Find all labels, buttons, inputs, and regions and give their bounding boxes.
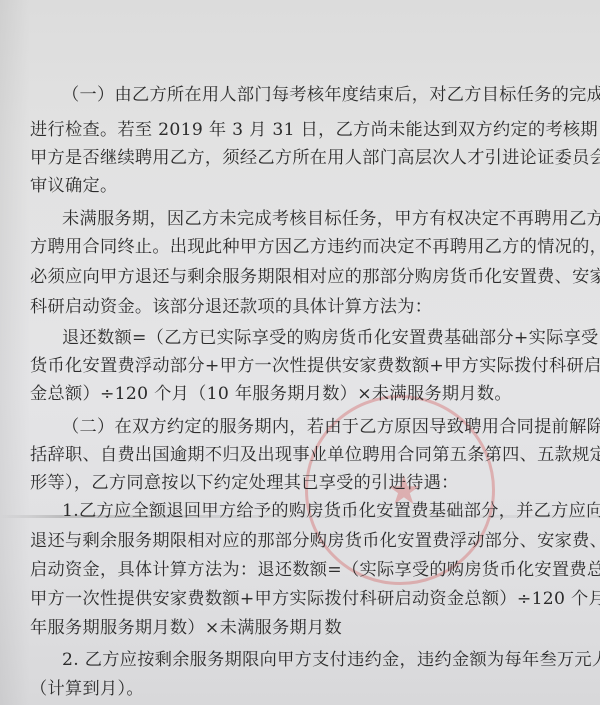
paragraph-2-line-1: 未满服务期，因乙方未完成考核目标任务，甲方有权决定不再聘用乙方，双 xyxy=(62,208,600,230)
document-page: ★ （一）由乙方所在用人部门每考核年度结束后，对乙方目标任务的完成情况 进行检查… xyxy=(0,0,600,705)
paragraph-1-line-2: 进行检查。若至 2019 年 3 月 31 日，乙方尚未能达到双方约定的考核期目… xyxy=(30,119,600,141)
item-1-line-2: 退还与剩余服务期限相对应的那部分购房货币化安置费浮动部分、安家费、科研 xyxy=(30,530,600,552)
section-2-line-2: 括辞职、自费出国逾期不归及出现事业单位聘用合同第五条第四、五款规定的情 xyxy=(30,444,600,466)
section-2-line-3: 形等），乙方同意按以下约定处理其已享受的引进待遇： xyxy=(30,472,459,494)
item-2-line-2: （计算到月）。 xyxy=(30,678,144,700)
formula-line-3: 金总额）÷120 个月（10 年服务期月数）×未满服务期月数。 xyxy=(30,383,512,405)
paragraph-1-line-4: 审议确定。 xyxy=(30,175,117,197)
item-1-line-3: 启动资金，具体计算方法为：退还数额=（实际享受的购房货币化安置费总额+ xyxy=(30,559,600,581)
item-2-line-1: 2. 乙方应按剩余服务期限向甲方支付违约金，违约金额为每年叁万元人民币 xyxy=(62,649,600,671)
item-1-line-5: 年服务期服务期月数）×未满服务期月数 xyxy=(30,617,342,639)
page-shadow xyxy=(0,0,30,705)
item-1-line-4: 甲方一次性提供安家费数额+甲方实际拨付科研启动资金总额）÷120 个月（10 xyxy=(30,588,600,610)
paragraph-2-line-2: 方聘用合同终止。出现此种甲方因乙方违约而决定不再聘用乙方的情况的，乙方 xyxy=(30,236,600,258)
item-1-line-1: 1.乙方应全额退回甲方给予的购房货币化安置费基础部分，并乙方应向甲方 xyxy=(62,500,600,522)
paragraph-2-line-3: 必须应向甲方退还与剩余服务期限相对应的那部分购房货币化安置费、安家费、 xyxy=(30,266,600,288)
paragraph-1-line-3: 甲方是否继续聘用乙方，须经乙方所在用人部门高层次人才引进论证委员会重新 xyxy=(30,147,600,169)
formula-line-2: 货币化安置费浮动部分+甲方一次性提供安家费数额+甲方实际拨付科研启动资 xyxy=(30,355,600,377)
paragraph-1-line-1: （一）由乙方所在用人部门每考核年度结束后，对乙方目标任务的完成情况 xyxy=(62,84,600,106)
section-2-line-1: （二）在双方约定的服务期内，若由于乙方原因导致聘用合同提前解除的（包 xyxy=(62,416,600,438)
formula-line-1: 退还数额=（乙方已实际享受的购房货币化安置费基础部分+实际享受的购房 xyxy=(62,327,600,349)
paragraph-2-line-4: 科研启动资金。该部分退还款项的具体计算方法为： xyxy=(30,296,432,318)
